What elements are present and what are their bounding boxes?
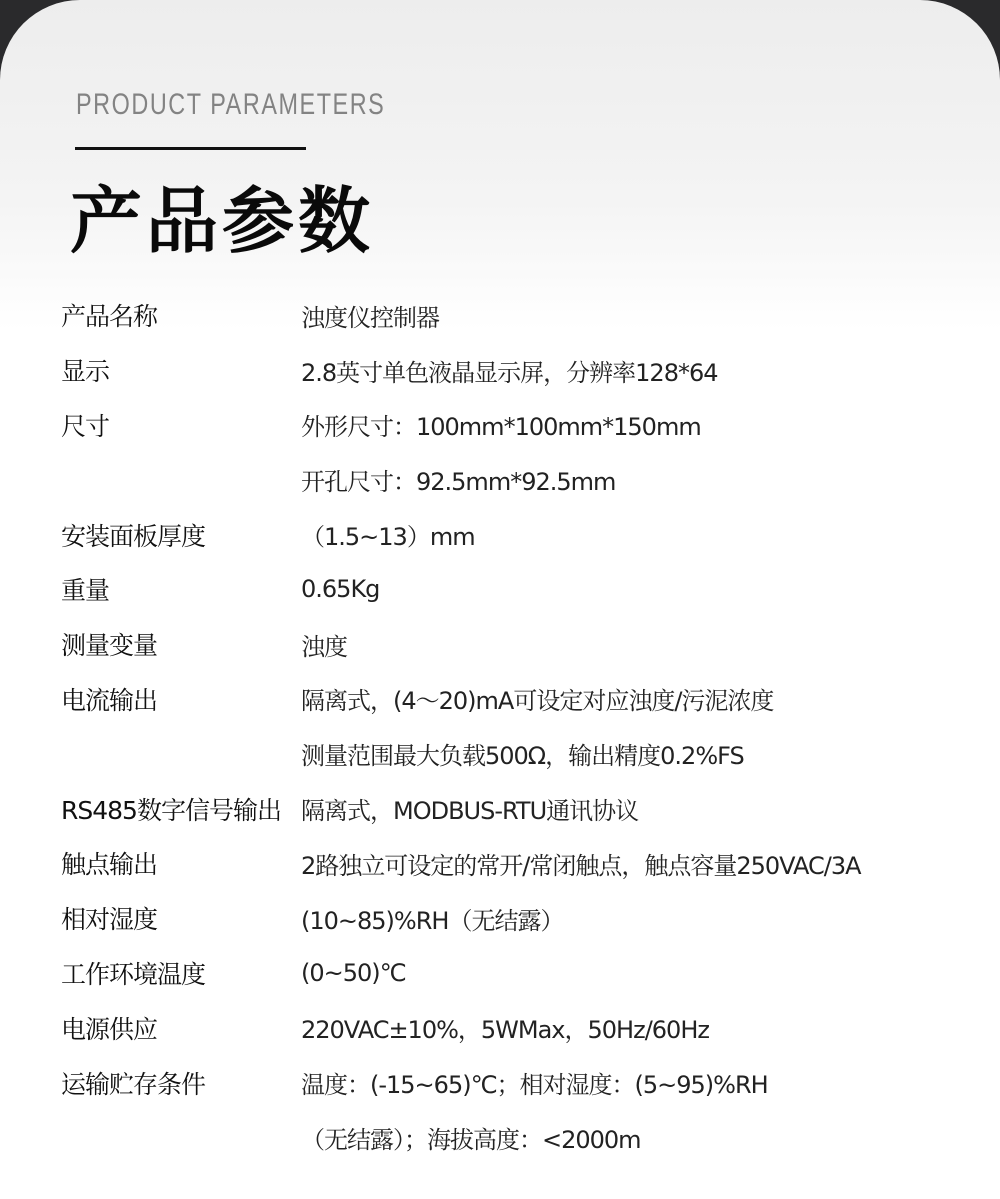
param-row-relative-humidity: 相对湿度 (10~85)%RH（无结露）	[61, 891, 961, 946]
param-row-contact-output: 触点输出 2路独立可设定的常开/常闭触点，触点容量250VAC/3A	[61, 836, 961, 891]
param-label: 电源供应	[61, 1010, 301, 1046]
parameters-table: 产品名称 浊度仪控制器 显示 2.8英寸单色液晶显示屏，分辨率128*64 尺寸…	[61, 288, 961, 1165]
param-row-current-output: 电流输出 隔离式，(4～20)mA可设定对应浊度/污泥浓度	[61, 672, 961, 727]
param-row-product-name: 产品名称 浊度仪控制器	[61, 288, 961, 343]
param-label: 电流输出	[61, 681, 301, 717]
param-label: 产品名称	[61, 297, 301, 333]
param-value: 浊度	[301, 627, 347, 662]
param-value: 开孔尺寸：92.5mm*92.5mm	[301, 462, 615, 497]
param-row-size: 尺寸 外形尺寸：100mm*100mm*150mm	[61, 398, 961, 453]
param-value: 温度：(-15~65)℃；相对湿度：(5~95)%RH	[301, 1065, 768, 1100]
param-value: 浊度仪控制器	[301, 298, 439, 333]
param-row-current-output-load: 测量范围最大负载500Ω，输出精度0.2%FS	[61, 726, 961, 781]
param-value: 220VAC±10%，5WMax，50Hz/60Hz	[301, 1010, 709, 1045]
param-value: (0~50)℃	[301, 959, 406, 987]
param-value: 0.65Kg	[301, 575, 379, 603]
param-value: （无结露）；海拔高度：<2000m	[301, 1120, 641, 1155]
section-subtitle-en: PRODUCT PARAMETERS	[76, 88, 385, 122]
param-label: 工作环境温度	[61, 955, 301, 991]
param-label: 测量变量	[61, 626, 301, 662]
param-label: 显示	[61, 352, 301, 388]
param-value: 2路独立可设定的常开/常闭触点，触点容量250VAC/3A	[301, 846, 861, 881]
param-value: 外形尺寸：100mm*100mm*150mm	[301, 407, 701, 442]
param-row-measured-variable: 测量变量 浊度	[61, 617, 961, 672]
param-row-rs485: RS485数字信号输出 隔离式，MODBUS-RTU通讯协议	[61, 781, 961, 836]
param-value: 测量范围最大负载500Ω，输出精度0.2%FS	[301, 736, 744, 771]
param-row-power-supply: 电源供应 220VAC±10%，5WMax，50Hz/60Hz	[61, 1000, 961, 1055]
param-row-weight: 重量 0.65Kg	[61, 562, 961, 617]
param-row-cutout-size: 开孔尺寸：92.5mm*92.5mm	[61, 452, 961, 507]
param-row-storage-conditions: 运输贮存条件 温度：(-15~65)℃；相对湿度：(5~95)%RH	[61, 1055, 961, 1110]
section-title-cn: 产品参数	[70, 163, 374, 267]
param-label: RS485数字信号输出	[61, 791, 301, 827]
param-value: （1.5~13）mm	[301, 517, 475, 552]
param-label: 触点输出	[61, 845, 301, 881]
param-row-display: 显示 2.8英寸单色液晶显示屏，分辨率128*64	[61, 343, 961, 398]
param-row-panel-thickness: 安装面板厚度 （1.5~13）mm	[61, 507, 961, 562]
title-divider	[75, 147, 306, 150]
product-parameters-panel: PRODUCT PARAMETERS 产品参数 产品名称 浊度仪控制器 显示 2…	[0, 0, 1000, 1199]
param-row-storage-conditions-cont: （无结露）；海拔高度：<2000m	[61, 1110, 961, 1165]
param-label: 相对湿度	[61, 900, 301, 936]
param-row-operating-temperature: 工作环境温度 (0~50)℃	[61, 946, 961, 1001]
param-value: 隔离式，MODBUS-RTU通讯协议	[301, 791, 638, 826]
param-label: 安装面板厚度	[61, 517, 301, 553]
param-value: (10~85)%RH（无结露）	[301, 901, 563, 936]
param-label: 运输贮存条件	[61, 1065, 301, 1101]
param-value: 隔离式，(4～20)mA可设定对应浊度/污泥浓度	[301, 681, 773, 716]
param-label: 尺寸	[61, 407, 301, 443]
param-value: 2.8英寸单色液晶显示屏，分辨率128*64	[301, 353, 718, 388]
param-label: 重量	[61, 571, 301, 607]
